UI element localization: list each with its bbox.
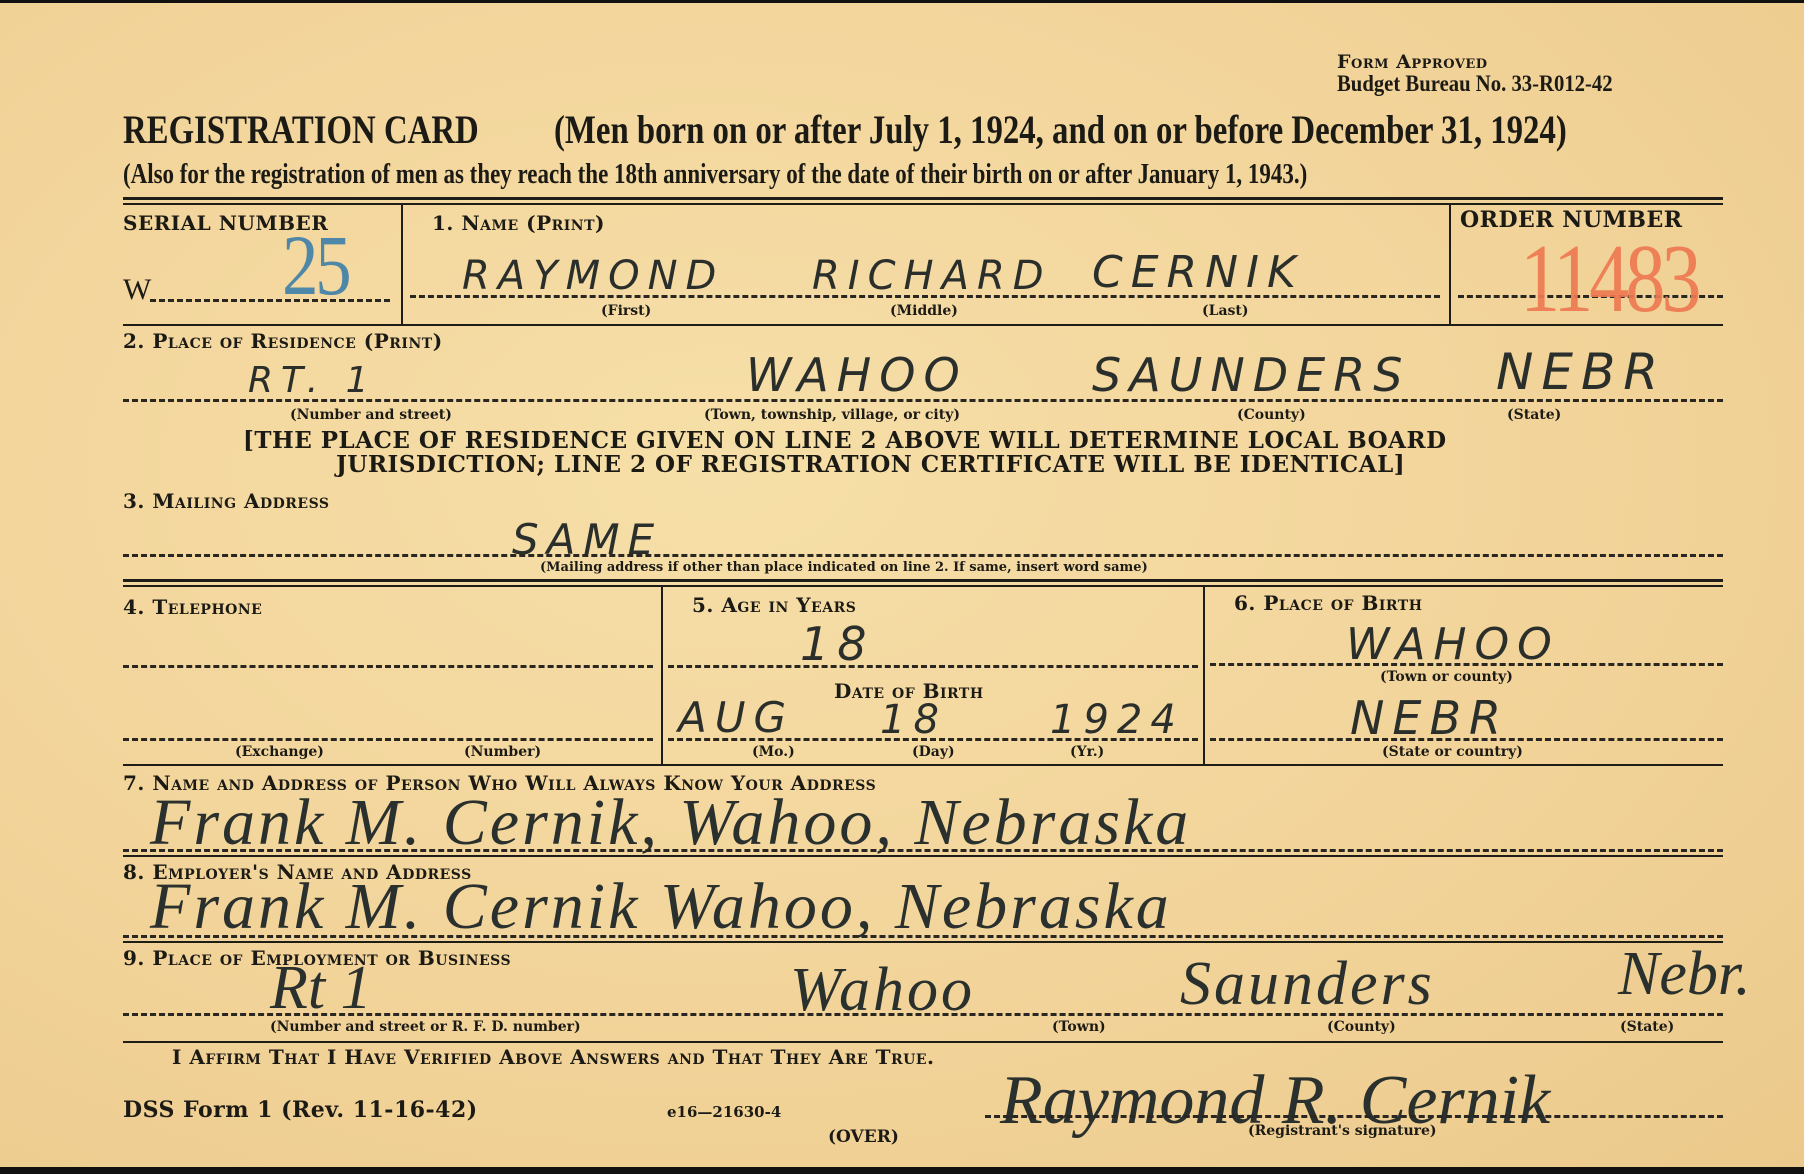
town-caption: (Town, township, village, or city) [704, 407, 960, 423]
street-caption: (Number and street) [290, 407, 452, 423]
telephone-line-2 [123, 738, 653, 741]
jurisdiction-notice-2: JURISDICTION; LINE 2 OF REGISTRATION CER… [336, 451, 1405, 478]
birthplace-state[interactable]: NEBR [1350, 691, 1509, 745]
age-label: 5. Age in Years [692, 593, 856, 617]
row-rule [123, 941, 1723, 943]
birth-state-caption: (State or country) [1382, 744, 1523, 760]
dob-year[interactable]: 1924 [1050, 697, 1184, 743]
name-last[interactable]: CERNIK [1092, 247, 1304, 298]
dob-day[interactable]: 18 [880, 697, 947, 743]
first-caption: (First) [601, 303, 651, 319]
card-title: REGISTRATION CARD [123, 106, 479, 153]
employer-line [123, 935, 1723, 938]
contact-line [123, 849, 1723, 852]
residence-line [123, 399, 1723, 402]
card-subtitle: (Also for the registration of men as the… [123, 159, 1307, 191]
emp-town-caption: (Town) [1052, 1019, 1106, 1035]
mailing-line [123, 554, 1723, 557]
row-rule-2 [123, 585, 1723, 587]
name-middle[interactable]: RICHARD [812, 253, 1052, 299]
state-caption: (State) [1507, 407, 1561, 423]
over-note: (OVER) [828, 1127, 899, 1147]
last-caption: (Last) [1202, 303, 1249, 319]
dob-month[interactable]: AUG [678, 693, 794, 742]
telephone-line-1 [123, 665, 653, 668]
divider [1449, 205, 1451, 325]
birthplace-state-line [1210, 738, 1723, 741]
eligibility-note: (Men born on or after July 1, 1924, and … [554, 106, 1567, 153]
form-id: DSS Form 1 (Rev. 11-16-42) [123, 1097, 478, 1123]
row-rule [123, 1041, 1723, 1043]
signature-caption: (Registrant's signature) [1248, 1123, 1437, 1139]
header-rule [123, 197, 1723, 200]
employment-line [123, 1013, 1723, 1016]
serial-number-stamp: 25 [282, 215, 348, 315]
name-label: 1. Name (Print) [432, 211, 605, 235]
residence-street[interactable]: RT. 1 [248, 360, 377, 401]
residence-county[interactable]: SAUNDERS [1092, 348, 1410, 402]
residence-state[interactable]: NEBR [1496, 343, 1666, 401]
employment-state[interactable]: Nebr. [1618, 939, 1751, 1010]
birthplace-label: 6. Place of Birth [1234, 591, 1422, 615]
divider [401, 205, 403, 325]
age-value[interactable]: 18 [800, 617, 875, 671]
mailing-address-label: 3. Mailing Address [123, 489, 330, 513]
year-caption: (Yr.) [1070, 744, 1104, 760]
middle-caption: (Middle) [890, 303, 958, 319]
row-rule [123, 579, 1723, 582]
emp-county-caption: (County) [1327, 1019, 1396, 1035]
residence-label: 2. Place of Residence (Print) [123, 329, 443, 353]
header-rule-2 [123, 203, 1723, 205]
dob-line [668, 738, 1198, 741]
registration-card: Form Approved Budget Bureau No. 33-R012-… [0, 3, 1804, 1167]
exchange-caption: (Exchange) [235, 744, 324, 760]
signature-line [985, 1115, 1723, 1118]
divider [1203, 587, 1205, 764]
form-approved-label: Form Approved [1337, 51, 1488, 73]
birthplace-town-line [1210, 663, 1723, 666]
residence-town[interactable]: WAHOO [746, 348, 968, 402]
affirmation-text: I Affirm That I Have Verified Above Answ… [172, 1045, 934, 1069]
order-number-stamp: 11483 [1520, 223, 1697, 335]
name-first[interactable]: RAYMOND [462, 253, 724, 299]
budget-bureau-number: Budget Bureau No. 33-R012-42 [1337, 71, 1613, 97]
number-caption: (Number) [464, 744, 541, 760]
month-caption: (Mo.) [752, 744, 795, 760]
divider [661, 587, 663, 764]
print-code: e16—21630-4 [667, 1103, 781, 1121]
emp-street-caption: (Number and street or R. F. D. number) [270, 1019, 581, 1035]
row-rule [123, 764, 1723, 766]
day-caption: (Day) [912, 744, 955, 760]
jurisdiction-notice-1: [THE PLACE OF RESIDENCE GIVEN ON LINE 2 … [243, 427, 1447, 454]
age-line [668, 665, 1198, 668]
serial-line [150, 299, 390, 302]
county-caption: (County) [1237, 407, 1306, 423]
name-line [410, 295, 1440, 298]
emp-state-caption: (State) [1620, 1019, 1674, 1035]
serial-prefix: W [123, 273, 151, 307]
row-rule [123, 855, 1723, 857]
row-rule [123, 324, 1723, 326]
employment-county[interactable]: Saunders [1180, 949, 1435, 1020]
mailing-caption: (Mailing address if other than place ind… [540, 560, 1148, 575]
birth-town-caption: (Town or county) [1380, 669, 1513, 685]
telephone-label: 4. Telephone [123, 595, 262, 619]
employer-value[interactable]: Frank M. Cernik Wahoo, Nebraska [150, 869, 1172, 945]
